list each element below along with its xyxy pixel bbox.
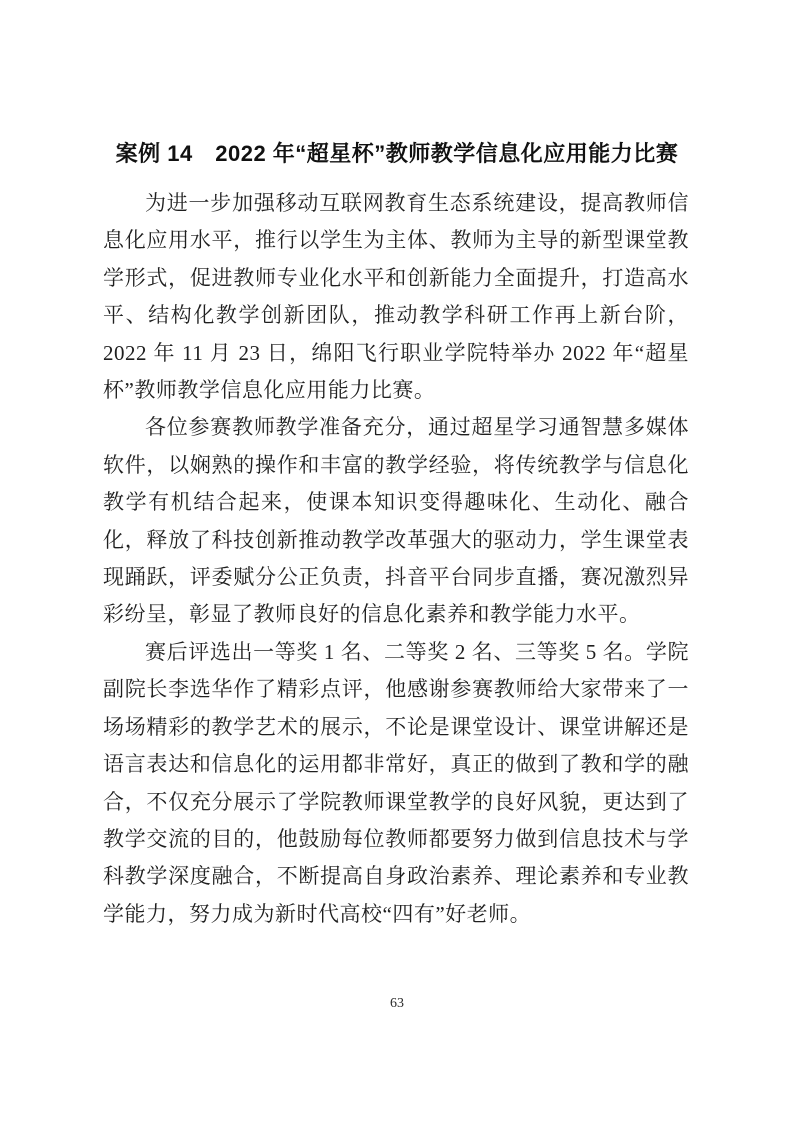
page-number: 63 [0, 996, 794, 1012]
paragraph-1: 为进一步加强移动互联网教育生态系统建设，提高教师信息化应用水平，推行以学生为主体… [103, 185, 689, 409]
document-title: 案例 14 2022 年“超星杯”教师教学信息化应用能力比赛 [60, 138, 734, 170]
document-body: 为进一步加强移动互联网教育生态系统建设，提高教师信息化应用水平，推行以学生为主体… [103, 185, 689, 933]
paragraph-3: 赛后评选出一等奖 1 名、二等奖 2 名、三等奖 5 名。学院副院长李选华作了精… [103, 634, 689, 933]
document-page: 案例 14 2022 年“超星杯”教师教学信息化应用能力比赛 为进一步加强移动互… [0, 0, 794, 1122]
paragraph-2: 各位参赛教师教学准备充分，通过超星学习通智慧多媒体软件，以娴熟的操作和丰富的教学… [103, 409, 689, 633]
